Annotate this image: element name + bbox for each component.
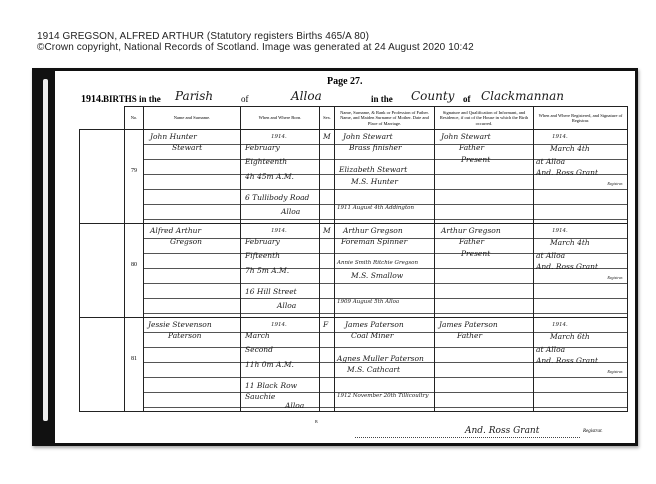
- county-type: County: [411, 89, 454, 103]
- registration-date: March 4th: [550, 238, 590, 247]
- sex: M: [323, 226, 331, 235]
- marriage-details: 1909 August 5th Alloa: [337, 299, 399, 305]
- birth-month: March: [245, 331, 270, 340]
- margin-cell: [80, 318, 125, 412]
- header-no: No.: [125, 107, 144, 130]
- informant-name: James Paterson: [439, 320, 498, 329]
- mother-maiden-name: M.S. Cathcart: [347, 365, 400, 374]
- informant-relation: Father: [459, 143, 484, 152]
- header-born: When and Where Born.: [241, 107, 320, 130]
- registration-place: at Alloa: [536, 157, 565, 166]
- birth-place: Alloa: [285, 401, 304, 410]
- child-forename: John Hunter: [150, 132, 197, 141]
- header-sex: Sex.: [320, 107, 335, 130]
- registration-year: 1914.: [552, 322, 568, 328]
- mother-name: Agnes Muller Paterson: [337, 354, 424, 363]
- registrar-label: Registrar.: [607, 275, 623, 280]
- birth-locality: Sauchie: [245, 392, 275, 401]
- birth-year: 1914.: [271, 228, 287, 234]
- registration-year: 1914.: [552, 228, 568, 234]
- registrar-signature: And. Ross Grant: [536, 262, 598, 271]
- birth-register-table: No. Name and Surname. When and Where Bor…: [79, 106, 628, 412]
- birth-year: 1914.: [271, 322, 287, 328]
- informant-name: Arthur Gregson: [441, 226, 501, 235]
- birth-address: 11 Black Row: [245, 381, 297, 390]
- registrar-signature: And. Ross Grant: [536, 168, 598, 177]
- birth-day: Second: [245, 345, 273, 354]
- district-name: Alloa: [291, 89, 322, 103]
- header-parents: Name, Surname, & Rank or Profession of F…: [335, 107, 435, 130]
- birth-place: Alloa: [281, 207, 300, 216]
- birth-month: February: [245, 237, 280, 246]
- father-name: Arthur Gregson: [343, 226, 403, 235]
- marriage-details: 1911 August 4th Addington: [337, 205, 414, 211]
- informant-relation: Father: [459, 237, 484, 246]
- registration-date: March 6th: [550, 332, 590, 341]
- birth-address: 6 Tullibody Road: [245, 193, 309, 202]
- of-label-1: of: [241, 94, 249, 104]
- page-number: Page 27.: [327, 76, 363, 87]
- register-page: Page 27. 1914. BIRTHS in the Parish of A…: [32, 68, 638, 446]
- birth-time: 4h 45m A.M.: [245, 172, 294, 181]
- child-forename: Alfred Arthur: [150, 226, 201, 235]
- registration-year: 1914.: [552, 134, 568, 140]
- informant-status: Present: [461, 249, 490, 258]
- mother-maiden-name: M.S. Hunter: [351, 177, 398, 186]
- of-label-2: of: [463, 94, 471, 104]
- father-name: John Stewart: [343, 132, 393, 141]
- informant-relation: Father: [457, 331, 482, 340]
- register-year: 1914.: [81, 94, 104, 105]
- registrar-signature: And. Ross Grant: [536, 356, 598, 365]
- informant-status: Present: [461, 155, 490, 164]
- header-row: No. Name and Surname. When and Where Bor…: [80, 107, 628, 130]
- margin-cell: [80, 130, 125, 224]
- in-the-label: in the: [371, 94, 393, 104]
- birth-time: 11h 0m A.M.: [245, 360, 294, 369]
- copyright-notice: ©Crown copyright, National Records of Sc…: [37, 42, 474, 53]
- table-row: 81 Jessie Stevenson Paterson 1914. March…: [80, 318, 628, 412]
- registrar-label: Registrar.: [607, 369, 623, 374]
- mother-name: Annie Smith Ritchie Gregson: [337, 260, 418, 266]
- entry-number-cell: 80: [125, 224, 144, 318]
- birth-year: 1914.: [271, 134, 287, 140]
- page-binding-edge: [35, 71, 55, 443]
- entry-number-cell: 79: [125, 130, 144, 224]
- birth-address: 16 Hill Street: [245, 287, 297, 296]
- entry-number: 80: [125, 224, 143, 268]
- father-occupation: Coal Miner: [351, 331, 393, 340]
- birth-place: Alloa: [277, 301, 296, 310]
- registrar-label: Registrar.: [607, 181, 623, 186]
- child-surname: Gregson: [170, 237, 202, 246]
- page-mark: B: [315, 419, 318, 424]
- births-heading: BIRTHS in the: [103, 94, 161, 104]
- registration-date: March 4th: [550, 144, 590, 153]
- header-informant: Signature and Qualification of Informant…: [435, 107, 534, 130]
- child-forename: Jessie Stevenson: [148, 320, 212, 329]
- birth-day: Eighteenth: [245, 157, 287, 166]
- birth-day: Fifteenth: [245, 251, 280, 260]
- registration-place: at Alloa: [536, 345, 565, 354]
- footer-registrar-label: Registrar.: [583, 429, 603, 434]
- footer-registrar-signature: And. Ross Grant: [465, 426, 539, 436]
- entry-number-cell: 81: [125, 318, 144, 412]
- entry-number: 81: [125, 318, 143, 362]
- birth-month: February: [245, 143, 280, 152]
- marriage-details: 1912 November 20th Tillicoultry: [337, 393, 428, 399]
- birth-time: 7h 5m A.M.: [245, 266, 289, 275]
- margin-cell: [80, 224, 125, 318]
- father-occupation: Brass finisher: [349, 143, 402, 152]
- entry-number: 79: [125, 130, 143, 174]
- father-name: James Paterson: [345, 320, 404, 329]
- sex: F: [323, 320, 328, 329]
- mother-name: Elizabeth Stewart: [339, 165, 407, 174]
- county-name: Clackmannan: [481, 89, 564, 103]
- table-row: 79 John Hunter Stewart 1914. February Ei…: [80, 130, 628, 224]
- father-occupation: Foreman Spinner: [341, 237, 407, 246]
- header-name: Name and Surname.: [144, 107, 241, 130]
- table-row: 80 Alfred Arthur Gregson 1914. February …: [80, 224, 628, 318]
- child-surname: Stewart: [172, 143, 202, 152]
- header-registered: When and Where Registered, and Signature…: [534, 107, 628, 130]
- sex: M: [323, 132, 331, 141]
- mother-maiden-name: M.S. Smallow: [351, 271, 403, 280]
- informant-name: John Stewart: [441, 132, 491, 141]
- district-type: Parish: [175, 89, 213, 103]
- registration-place: at Alloa: [536, 251, 565, 260]
- record-title: 1914 GREGSON, ALFRED ARTHUR (Statutory r…: [37, 31, 369, 42]
- child-surname: Paterson: [168, 331, 201, 340]
